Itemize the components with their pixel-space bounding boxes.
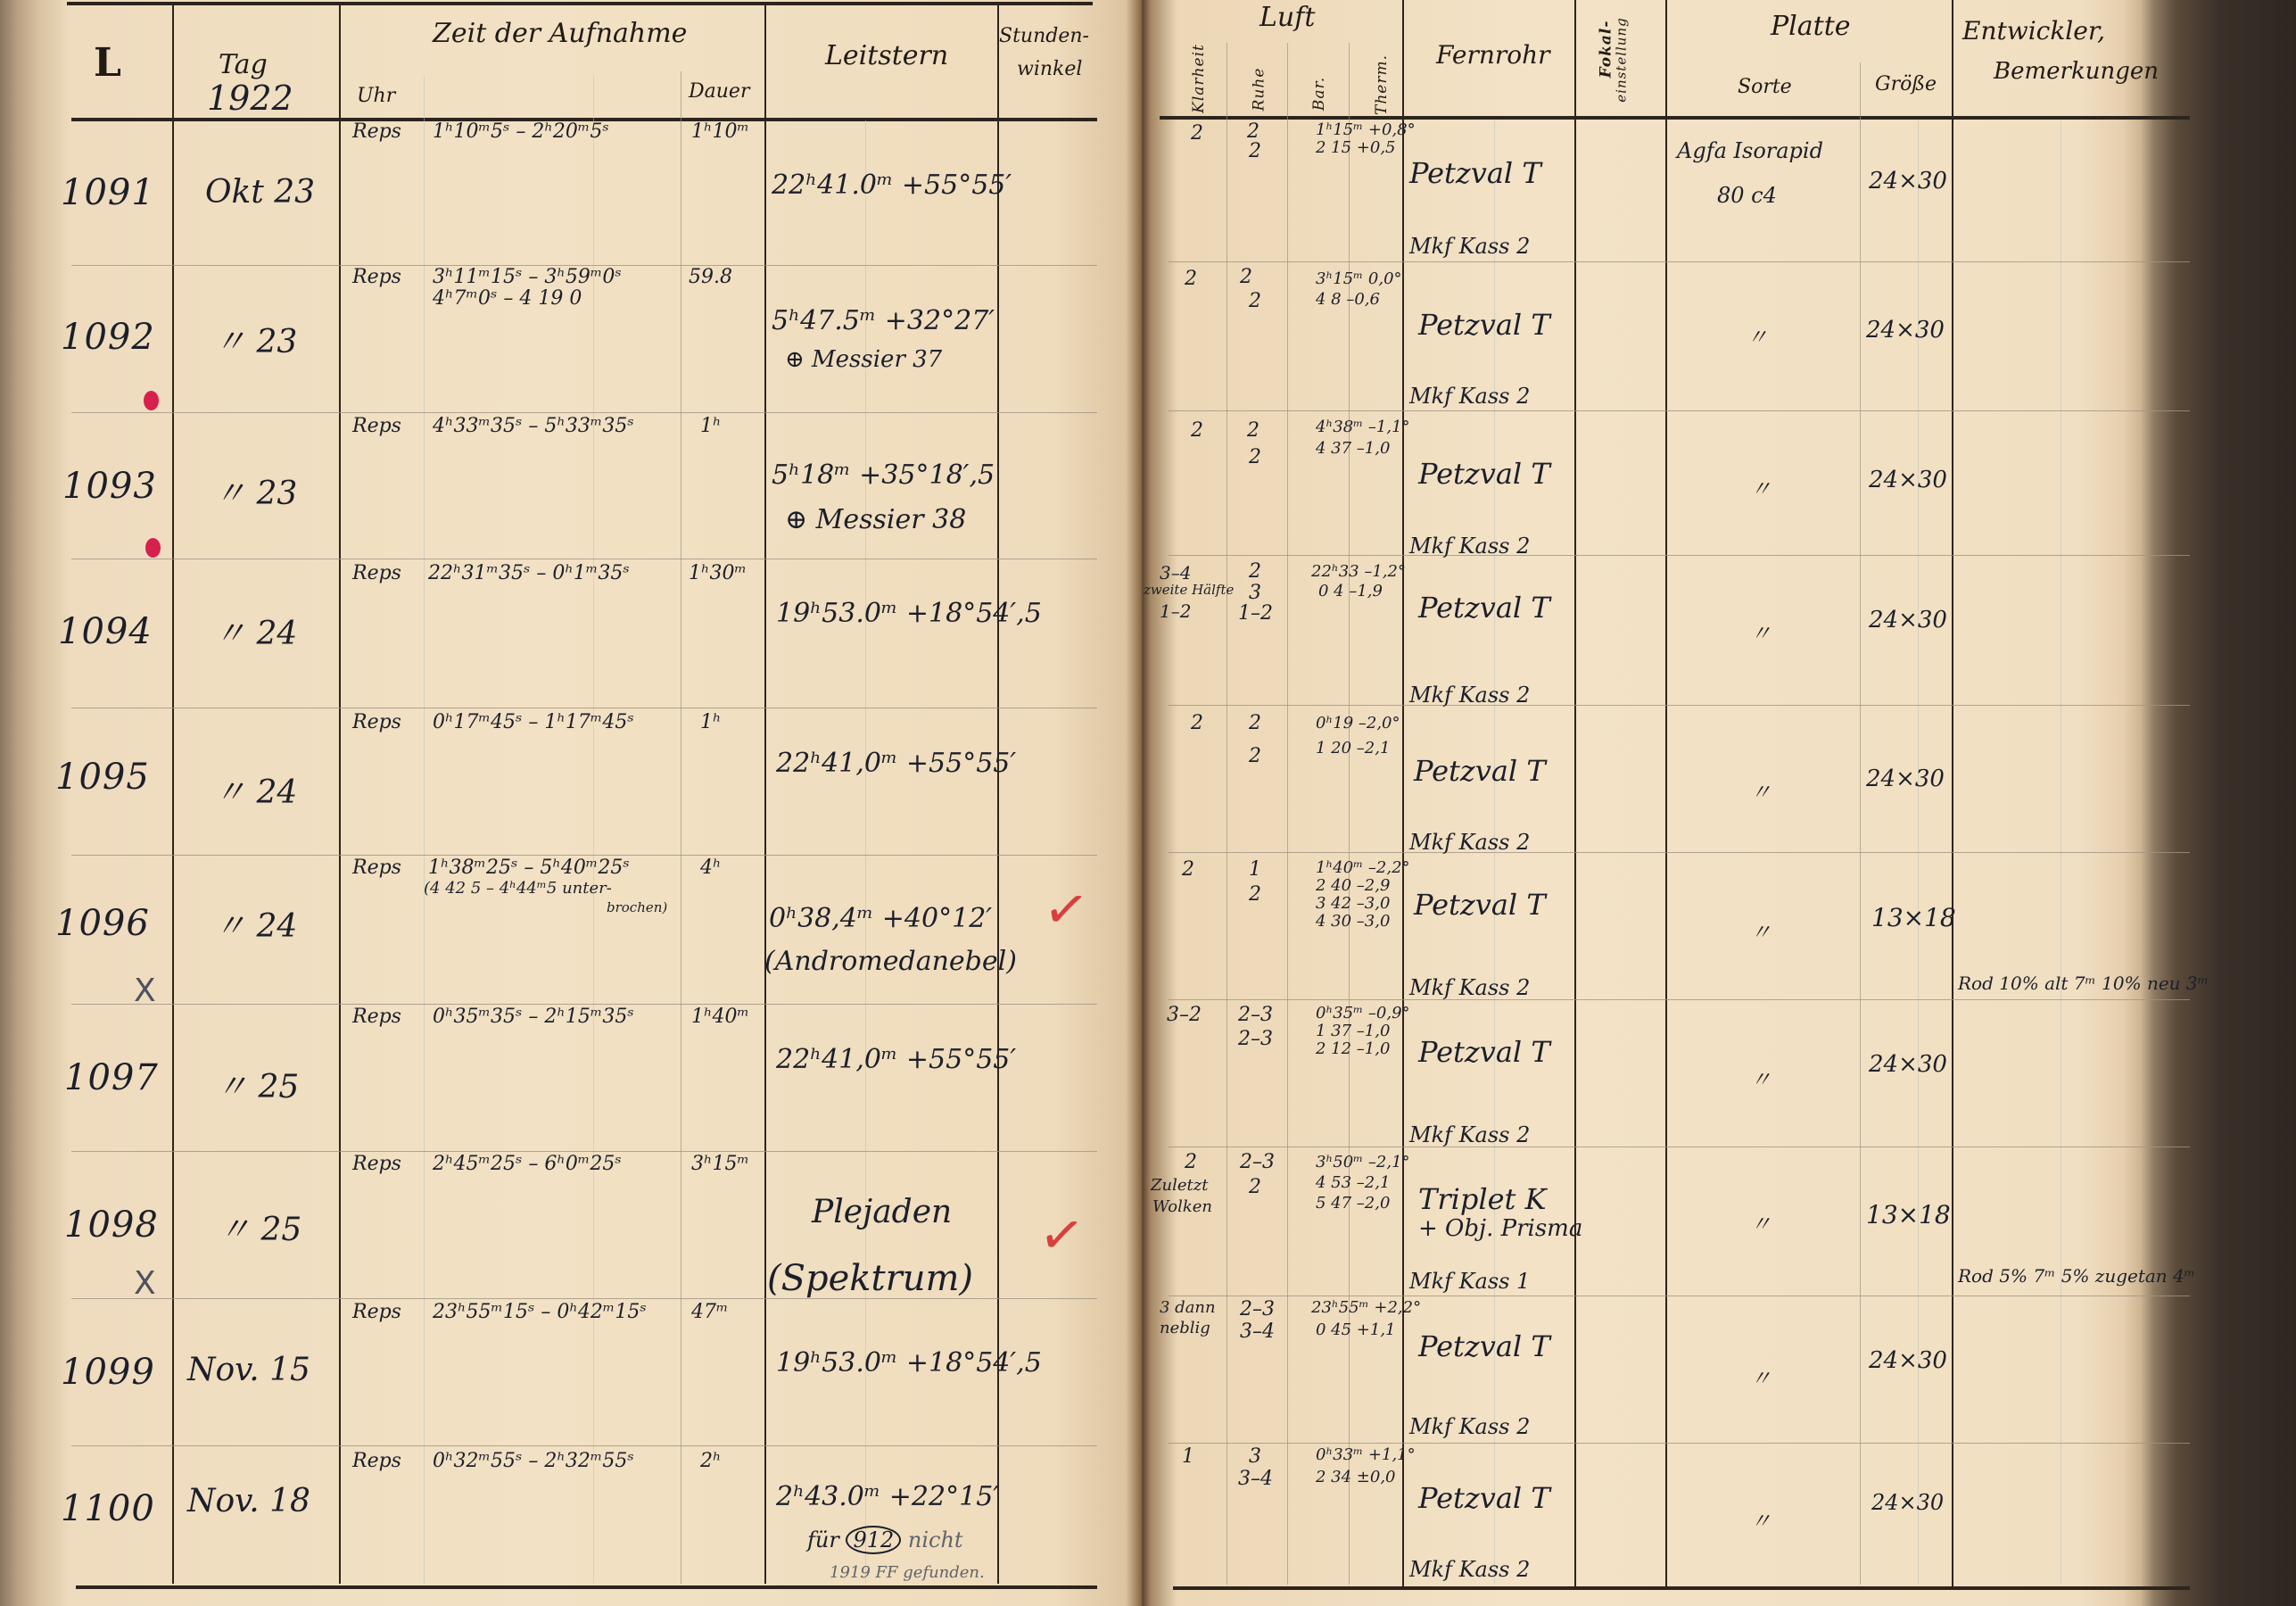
- time-temperature-3: 2 12 –1,0: [1316, 1039, 1390, 1058]
- camera-cassette: Mkf Kass 2: [1409, 234, 1530, 259]
- camera-cassette: Mkf Kass 1: [1409, 1269, 1530, 1294]
- time-temperature-3: 3 42 –3,0: [1316, 894, 1390, 913]
- right-page: Luft Klarheit Ruhe Bar. Therm. Fernrohr …: [0, 0, 1152, 1606]
- plate-type: 〃: [1747, 319, 1768, 351]
- plate-size: 13×18: [1871, 903, 1956, 932]
- time-temperature-2: 4 8 –0,6: [1316, 290, 1380, 309]
- col-divider-platte-entwickler: [1952, 0, 1953, 1586]
- row-separator: [1169, 1147, 2190, 1147]
- plate-type: 〃: [1750, 915, 1772, 946]
- seeing-2: 2: [1249, 883, 1261, 906]
- telescope: Petzval T: [1418, 591, 1550, 625]
- seeing: 2: [1249, 712, 1261, 734]
- seeing-2: 3–4: [1240, 1320, 1275, 1343]
- row-separator: [1169, 852, 2190, 853]
- seeing-2: 2: [1249, 1176, 1261, 1198]
- telescope-prism: + Obj. Prisma: [1418, 1215, 1582, 1242]
- clarity-note: neblig: [1160, 1319, 1210, 1337]
- plate-size: 24×30: [1866, 317, 1945, 344]
- time-temperature-2: 1 20 –2,1: [1316, 739, 1390, 757]
- header-fokal-1: Fokal-: [1597, 21, 1615, 79]
- row-separator: [1169, 1296, 2190, 1296]
- plate-type: 〃: [1750, 774, 1772, 806]
- telescope: Petzval T: [1418, 457, 1550, 491]
- telescope: Petzval T: [1418, 1481, 1550, 1515]
- clarity: 3–4: [1160, 562, 1191, 584]
- header-therm: Therm.: [1373, 54, 1391, 115]
- clarity-note: Zuletzt: [1151, 1176, 1208, 1195]
- time-temperature: 0ʰ19 –2,0°: [1316, 714, 1400, 733]
- plate-type: 〃: [1750, 1206, 1772, 1238]
- time-temperature-2: 2 15 +0,5: [1316, 138, 1396, 157]
- plate-size: 24×30: [1869, 1051, 1947, 1078]
- time-temperature-2: 1 37 –1,0: [1316, 1022, 1390, 1040]
- header-groesse: Größe: [1875, 73, 1937, 95]
- logbook-spread: L Tag 1922 Zeit der Aufnahme Uhr Dauer L…: [0, 0, 2296, 1606]
- telescope: Petzval T: [1418, 1329, 1550, 1363]
- seeing-2: 2–3: [1238, 1028, 1273, 1050]
- col-divider-klarheit-ruhe: [1226, 43, 1227, 1585]
- row-separator: [1169, 410, 2190, 411]
- header-fernrohr: Fernrohr: [1436, 40, 1550, 70]
- clarity-note: zweite Hälfte: [1144, 582, 1234, 598]
- seeing: 2–3: [1240, 1298, 1275, 1320]
- time-temperature-2: 0 4 –1,9: [1318, 582, 1383, 600]
- header-bemerkungen: Bemerkungen: [1994, 58, 2159, 85]
- telescope: Triplet K: [1418, 1182, 1546, 1216]
- seeing: 2: [1249, 560, 1261, 583]
- seeing-3: 1–2: [1238, 602, 1273, 625]
- row-separator: [1169, 999, 2190, 1000]
- plate-type-2: 80 c4: [1717, 183, 1777, 208]
- camera-cassette: Mkf Kass 2: [1409, 1557, 1530, 1582]
- clarity: 2: [1185, 268, 1197, 290]
- col-divider-fokal-platte: [1665, 0, 1667, 1586]
- plate-size: 13×18: [1866, 1200, 1951, 1229]
- plate-size: 24×30: [1869, 1347, 1947, 1374]
- camera-cassette: Mkf Kass 2: [1409, 683, 1530, 708]
- telescope: Petzval T: [1418, 1035, 1550, 1069]
- plate-type: 〃: [1750, 471, 1772, 502]
- col-divider-fernrohr-fokal: [1574, 0, 1576, 1586]
- time-temperature: 0ʰ33ᵐ +1,1°: [1316, 1445, 1416, 1464]
- telescope: Petzval T: [1409, 156, 1541, 190]
- camera-cassette: Mkf Kass 2: [1409, 1414, 1530, 1439]
- seeing-2: 2: [1249, 745, 1261, 767]
- plate-size: 24×30: [1869, 467, 1947, 493]
- time-temperature: 4ʰ38ᵐ –1,1°: [1316, 418, 1410, 436]
- clarity: 1: [1182, 1445, 1194, 1468]
- camera-cassette: Mkf Kass 2: [1409, 384, 1530, 409]
- camera-cassette: Mkf Kass 2: [1409, 975, 1530, 1000]
- seeing-2: 3: [1249, 582, 1261, 604]
- header-klarheit: Klarheit: [1190, 44, 1208, 113]
- header-bottom-rule: [1160, 116, 2190, 120]
- plate-type: Agfa Isorapid: [1677, 138, 1823, 163]
- clarity: 3–2: [1167, 1004, 1202, 1026]
- plate-size: 24×30: [1869, 168, 1947, 195]
- time-temperature-4: 4 30 –3,0: [1316, 912, 1390, 931]
- time-temperature: 3ʰ15ᵐ 0,0°: [1316, 269, 1402, 288]
- time-temperature-2: 2 34 ±0,0: [1316, 1468, 1396, 1486]
- seeing: 2–3: [1240, 1151, 1275, 1173]
- telescope: Petzval T: [1414, 754, 1546, 788]
- bottom-rule: [1173, 1586, 2190, 1590]
- camera-cassette: Mkf Kass 2: [1409, 830, 1530, 855]
- clarity-note-2: Wolken: [1152, 1197, 1212, 1216]
- telescope: Petzval T: [1418, 308, 1550, 342]
- time-temperature: 23ʰ55ᵐ +2,2°: [1311, 1298, 1421, 1317]
- seeing-2: 3–4: [1238, 1468, 1273, 1490]
- camera-cassette: Mkf Kass 2: [1409, 1122, 1530, 1147]
- seeing: 3: [1249, 1445, 1261, 1468]
- clarity: 2: [1191, 122, 1203, 145]
- time-temperature: 0ʰ35ᵐ –0,9°: [1316, 1004, 1410, 1022]
- header-platte: Platte: [1771, 11, 1851, 42]
- clarity: 2: [1191, 712, 1203, 734]
- row-separator: [1169, 705, 2190, 706]
- time-temperature: 22ʰ33 –1,2°: [1311, 562, 1406, 581]
- clarity: 2: [1182, 858, 1194, 881]
- header-sorte: Sorte: [1738, 76, 1792, 98]
- seeing-2: 2: [1249, 446, 1261, 468]
- clarity-2: 1–2: [1160, 600, 1191, 622]
- developer-remark: Rod 5% 7ᵐ 5% zugetan 4ᵐ: [1958, 1265, 2195, 1287]
- row-separator: [1169, 1443, 2190, 1444]
- header-entwickler: Entwickler,: [1962, 16, 2105, 46]
- plate-type: 〃: [1750, 616, 1772, 647]
- developer-remark: Rod 10% alt 7ᵐ 10% neu 3ᵐ: [1958, 973, 2209, 994]
- header-luft: Luft: [1259, 2, 1315, 33]
- camera-cassette: Mkf Kass 2: [1409, 534, 1530, 559]
- time-temperature-2: 2 40 –2,9: [1316, 876, 1390, 895]
- plate-size: 24×30: [1871, 1490, 1944, 1515]
- header-fokal-2: einstellung: [1614, 17, 1630, 102]
- seeing: 2: [1240, 266, 1252, 288]
- seeing: 2–3: [1238, 1004, 1273, 1026]
- col-divider-ruhe-bar: [1287, 43, 1288, 1585]
- time-temperature-2: 4 53 –2,1: [1316, 1173, 1390, 1192]
- time-temperature: 1ʰ40ᵐ –2,2°: [1316, 858, 1410, 877]
- col-divider-luft-fernrohr: [1402, 0, 1404, 1586]
- seeing: 1: [1249, 858, 1261, 881]
- plate-type: 〃: [1750, 1361, 1772, 1392]
- plate-size: 24×30: [1866, 766, 1945, 792]
- col-divider-sorte-groesse: [1860, 62, 1861, 1585]
- header-ruhe: Ruhe: [1250, 68, 1268, 112]
- clarity: 2: [1185, 1151, 1197, 1173]
- row-separator: [1169, 555, 2190, 556]
- time-temperature-2: 4 37 –1,0: [1316, 439, 1390, 458]
- row-separator: [1169, 261, 2190, 262]
- time-temperature-3: 5 47 –2,0: [1316, 1194, 1390, 1213]
- seeing-2: 2: [1249, 290, 1261, 312]
- plate-size: 24×30: [1869, 607, 1947, 633]
- time-temperature: 1ʰ15ᵐ +0,8°: [1316, 120, 1416, 139]
- plate-type: 〃: [1750, 1503, 1772, 1535]
- header-bar: Bar.: [1310, 77, 1328, 111]
- time-temperature-2: 0 45 +1,1: [1316, 1320, 1396, 1339]
- clarity: 3 dann: [1160, 1298, 1216, 1317]
- seeing: 2: [1247, 419, 1259, 442]
- telescope: Petzval T: [1414, 888, 1546, 922]
- seeing-2: 2: [1249, 140, 1261, 162]
- clarity: 2: [1191, 419, 1203, 442]
- plate-type: 〃: [1750, 1062, 1772, 1093]
- time-temperature: 3ʰ50ᵐ –2,1°: [1316, 1153, 1410, 1171]
